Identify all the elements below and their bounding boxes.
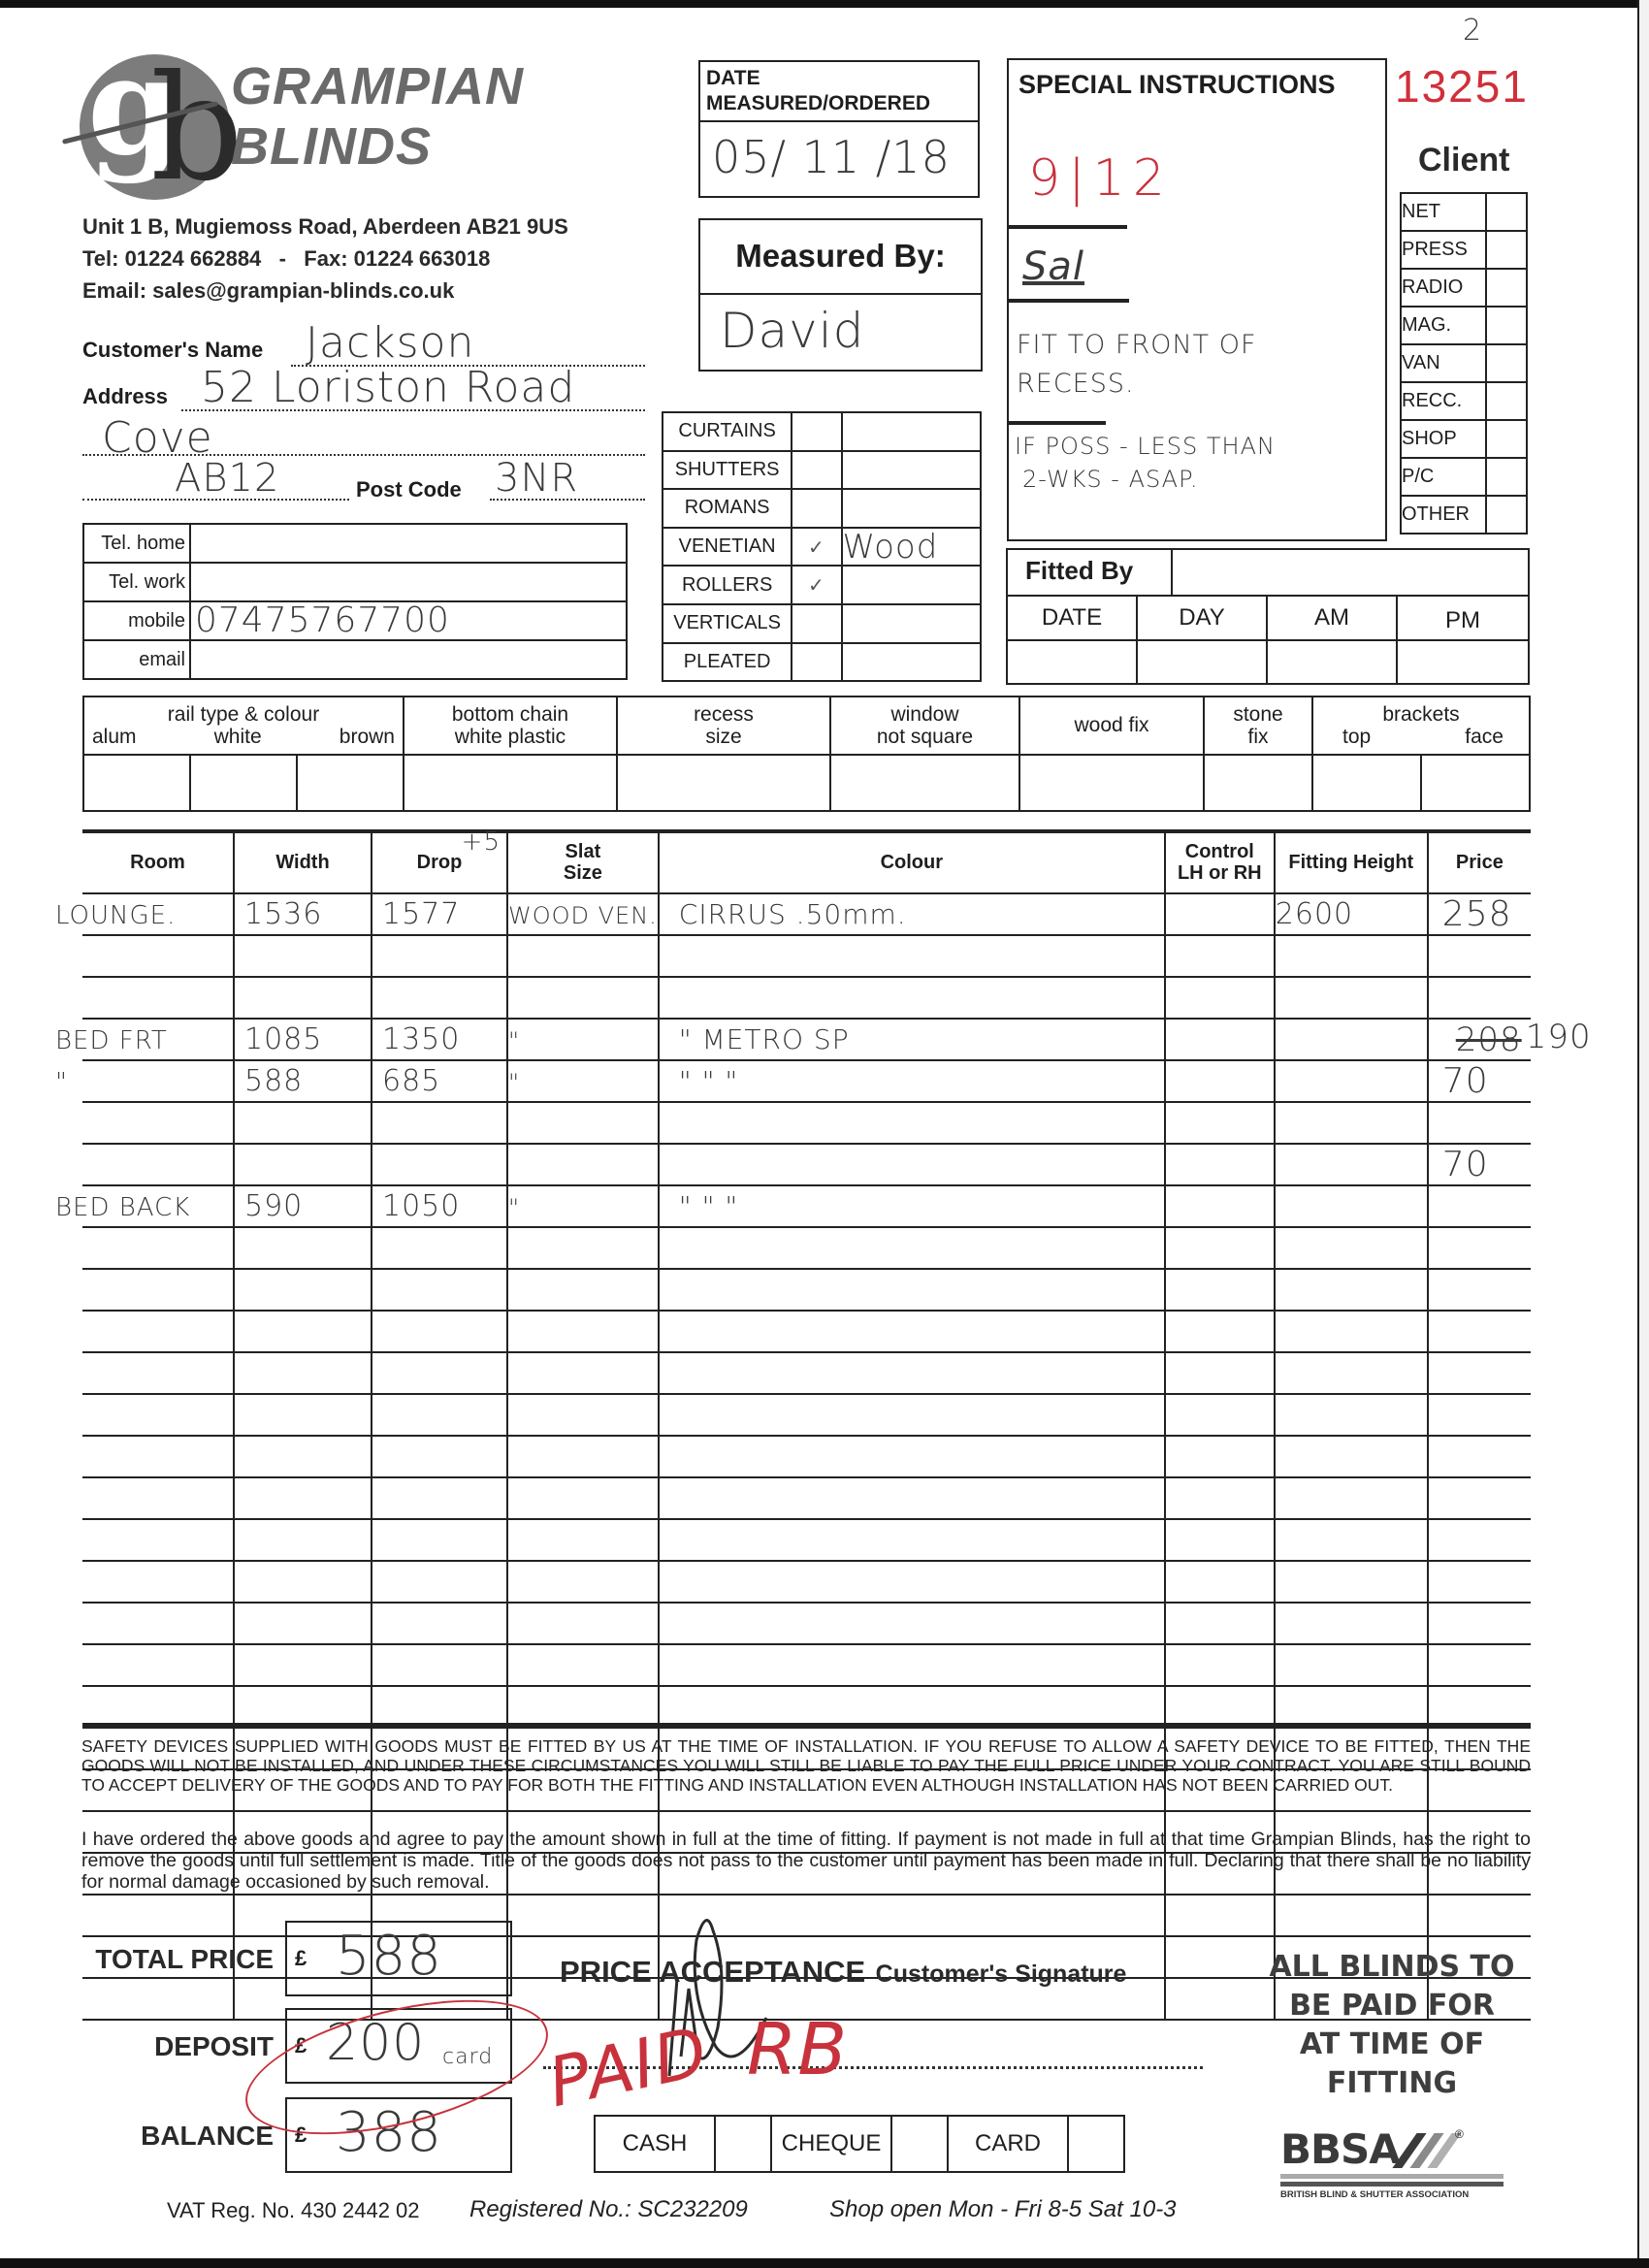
fitted-day-cell[interactable] bbox=[1138, 641, 1268, 683]
product-checkbox[interactable] bbox=[792, 643, 841, 682]
order-fitting-height-cell[interactable]: 2600 bbox=[1275, 893, 1428, 935]
product-label: ROMANS bbox=[663, 489, 792, 528]
product-note[interactable] bbox=[842, 566, 982, 604]
measured-by-value[interactable]: David bbox=[700, 295, 981, 367]
address-line3-postcode-field[interactable]: AB12 Post Code 3NR bbox=[82, 468, 645, 504]
order-width-cell[interactable] bbox=[234, 1477, 372, 1519]
order-colour-cell[interactable] bbox=[659, 1269, 1165, 1311]
order-width-cell[interactable] bbox=[234, 1102, 372, 1144]
order-control-cell[interactable] bbox=[1165, 977, 1275, 1019]
payment-cheque-checkbox[interactable] bbox=[891, 2116, 948, 2172]
special-instructions-date-note[interactable]: 9|12 bbox=[1028, 149, 1173, 208]
bbsa-logo-text: BBSA bbox=[1280, 2129, 1400, 2170]
client-source-label: P/C bbox=[1401, 458, 1486, 496]
order-control-cell[interactable] bbox=[1165, 1436, 1275, 1477]
postcode-value: 3NR bbox=[495, 456, 578, 501]
order-slat-cell[interactable] bbox=[507, 1269, 659, 1311]
order-drop-cell[interactable]: 1577 bbox=[372, 893, 507, 935]
order-control-cell[interactable] bbox=[1165, 1895, 1275, 1936]
order-drop-cell[interactable] bbox=[372, 935, 507, 977]
rail-white-label: white bbox=[214, 726, 262, 748]
product-checkbox-checked[interactable]: ✓ bbox=[792, 566, 841, 604]
rail-brown-cell[interactable] bbox=[297, 755, 404, 811]
order-price-cell[interactable] bbox=[1428, 1477, 1531, 1519]
order-room-cell[interactable] bbox=[82, 1311, 234, 1352]
order-fitting-height-cell[interactable] bbox=[1275, 1352, 1428, 1394]
order-slat-cell[interactable] bbox=[507, 1144, 659, 1185]
order-price-cell[interactable] bbox=[1428, 1102, 1531, 1144]
order-price-cell[interactable] bbox=[1428, 1686, 1531, 1728]
contact-value-email[interactable] bbox=[190, 640, 627, 679]
payment-cash-label: CASH bbox=[595, 2116, 715, 2172]
brand-name-line2: BLINDS bbox=[231, 116, 432, 177]
contact-label: email bbox=[83, 640, 190, 679]
product-note[interactable] bbox=[842, 489, 982, 528]
bottom-chain-cell[interactable] bbox=[404, 755, 617, 811]
order-price-cell[interactable] bbox=[1428, 1895, 1531, 1936]
order-width-cell[interactable] bbox=[234, 1436, 372, 1477]
order-width-cell[interactable]: 1085 bbox=[234, 1019, 372, 1060]
order-room-cell[interactable]: BED FRT bbox=[82, 1019, 234, 1060]
order-drop-cell[interactable] bbox=[372, 1644, 507, 1686]
order-width-cell[interactable] bbox=[234, 1352, 372, 1394]
order-drop-cell[interactable] bbox=[372, 1436, 507, 1477]
order-control-cell[interactable] bbox=[1165, 1060, 1275, 1102]
order-colour-cell[interactable] bbox=[659, 1519, 1165, 1561]
order-width-cell[interactable] bbox=[234, 977, 372, 1019]
rail-type-header: rail type & colour alum white brown bbox=[83, 697, 404, 755]
payment-card-checkbox[interactable] bbox=[1068, 2116, 1124, 2172]
order-colour-cell[interactable] bbox=[659, 977, 1165, 1019]
order-colour-cell[interactable] bbox=[659, 1394, 1165, 1436]
order-room-cell[interactable] bbox=[82, 1352, 234, 1394]
special-instructions-line2[interactable]: RECESS. bbox=[1017, 369, 1135, 399]
client-source-checkbox[interactable] bbox=[1486, 382, 1527, 420]
order-slat-cell[interactable] bbox=[507, 935, 659, 977]
order-price-cell[interactable]: 258 bbox=[1428, 893, 1531, 935]
order-room-cell[interactable] bbox=[82, 1227, 234, 1269]
order-fitting-height-cell[interactable] bbox=[1275, 1436, 1428, 1477]
product-checkbox[interactable] bbox=[792, 489, 841, 528]
fitted-date-cell[interactable] bbox=[1008, 641, 1138, 683]
window-line2: not square bbox=[831, 726, 1018, 748]
client-source-checkbox[interactable] bbox=[1486, 458, 1527, 496]
wood-fix-cell[interactable] bbox=[1019, 755, 1204, 811]
underline bbox=[1009, 225, 1127, 229]
recess-line1: recess bbox=[618, 703, 829, 726]
total-price-box[interactable]: £ 588 bbox=[285, 1921, 512, 1996]
company-address: Unit 1 B, Mugiemoss Road, Aberdeen AB21 … bbox=[82, 214, 568, 240]
order-price-cell[interactable] bbox=[1428, 977, 1531, 1019]
order-width-cell[interactable] bbox=[234, 1269, 372, 1311]
fitted-by-label: Fitted By bbox=[1008, 550, 1173, 595]
order-row bbox=[82, 977, 1531, 1019]
order-room-cell[interactable]: " bbox=[82, 1060, 234, 1102]
order-width-cell[interactable] bbox=[234, 1311, 372, 1352]
order-slat-cell[interactable] bbox=[507, 1436, 659, 1477]
brackets-header: brackets top face bbox=[1312, 697, 1530, 755]
order-control-cell[interactable] bbox=[1165, 1519, 1275, 1561]
rail-alum-label: alum bbox=[92, 726, 137, 748]
col-slat-line2: Size bbox=[508, 862, 658, 884]
recess-size-cell[interactable] bbox=[617, 755, 830, 811]
order-colour-cell-text: CIRRUS .50mm. bbox=[679, 898, 907, 930]
client-source-row: RECC. bbox=[1401, 382, 1527, 420]
order-price-cell[interactable] bbox=[1428, 1352, 1531, 1394]
payment-card-label: CARD bbox=[948, 2116, 1068, 2172]
window-not-square-cell[interactable] bbox=[830, 755, 1019, 811]
product-row: ROLLERS✓ bbox=[663, 566, 981, 604]
client-source-label: SHOP bbox=[1401, 420, 1486, 458]
order-drop-cell[interactable] bbox=[372, 1144, 507, 1185]
client-source-checkbox[interactable] bbox=[1486, 231, 1527, 269]
order-width-cell[interactable]: 588 bbox=[234, 1060, 372, 1102]
order-fitting-height-cell[interactable] bbox=[1275, 1519, 1428, 1561]
page-corner-mark: 2 bbox=[1463, 14, 1482, 48]
order-room-cell[interactable] bbox=[82, 1561, 234, 1603]
order-colour-cell[interactable] bbox=[659, 1644, 1165, 1686]
order-room-cell[interactable] bbox=[82, 1102, 234, 1144]
order-room-cell[interactable] bbox=[82, 1686, 234, 1728]
order-drop-cell[interactable] bbox=[372, 1352, 507, 1394]
order-row bbox=[82, 1102, 1531, 1144]
product-checkbox-checked[interactable]: ✓ bbox=[792, 528, 841, 567]
total-price-value: 588 bbox=[336, 1925, 442, 1988]
order-colour-cell[interactable] bbox=[659, 1102, 1165, 1144]
order-control-cell[interactable] bbox=[1165, 1686, 1275, 1728]
order-fitting-height-cell[interactable] bbox=[1275, 1644, 1428, 1686]
client-source-row: PRESS bbox=[1401, 231, 1527, 269]
client-source-row: MAG. bbox=[1401, 307, 1527, 344]
order-control-cell[interactable] bbox=[1165, 893, 1275, 935]
order-room-cell[interactable]: BED BACK bbox=[82, 1185, 234, 1227]
order-width-cell[interactable] bbox=[234, 935, 372, 977]
client-source-label: MAG. bbox=[1401, 307, 1486, 344]
order-price-cell[interactable] bbox=[1428, 1519, 1531, 1561]
order-control-cell[interactable] bbox=[1165, 1227, 1275, 1269]
client-source-label: OTHER bbox=[1401, 496, 1486, 534]
recess-line2: size bbox=[618, 726, 829, 748]
rail-alum-cell[interactable] bbox=[83, 755, 190, 811]
order-fitting-height-cell[interactable] bbox=[1275, 1060, 1428, 1102]
order-control-cell[interactable] bbox=[1165, 1311, 1275, 1352]
order-control-cell[interactable] bbox=[1165, 1269, 1275, 1311]
order-slat-cell[interactable] bbox=[507, 1352, 659, 1394]
order-width-cell-text: 1085 bbox=[244, 1022, 322, 1056]
rail-type-title: rail type & colour bbox=[84, 703, 403, 726]
special-instructions-title: SPECIAL INSTRUCTIONS bbox=[1018, 70, 1336, 100]
order-room-cell[interactable] bbox=[82, 1477, 234, 1519]
order-room-cell[interactable] bbox=[82, 1603, 234, 1644]
order-width-cell[interactable] bbox=[234, 1394, 372, 1436]
order-price-cell[interactable]: 208190 bbox=[1428, 1019, 1531, 1060]
order-colour-cell[interactable] bbox=[659, 1477, 1165, 1519]
order-drop-cell[interactable] bbox=[372, 1686, 507, 1728]
order-colour-cell[interactable] bbox=[659, 1352, 1165, 1394]
order-width-cell[interactable] bbox=[234, 1227, 372, 1269]
order-control-cell[interactable] bbox=[1165, 1352, 1275, 1394]
order-fitting-height-cell[interactable] bbox=[1275, 1477, 1428, 1519]
order-price-cell[interactable] bbox=[1428, 1644, 1531, 1686]
order-room-cell[interactable] bbox=[82, 1978, 234, 2020]
order-width-cell-text: 590 bbox=[244, 1189, 303, 1223]
order-slat-cell[interactable] bbox=[507, 1311, 659, 1352]
order-control-cell[interactable] bbox=[1165, 1019, 1275, 1060]
order-colour-cell[interactable] bbox=[659, 1686, 1165, 1728]
order-drop-cell[interactable] bbox=[372, 1102, 507, 1144]
order-row bbox=[82, 1227, 1531, 1269]
client-source-row: P/C bbox=[1401, 458, 1527, 496]
address-line1-value: 52 Loriston Road bbox=[201, 363, 575, 412]
order-drop-cell[interactable] bbox=[372, 1311, 507, 1352]
order-fitting-height-cell[interactable] bbox=[1275, 1144, 1428, 1185]
order-width-cell[interactable]: 590 bbox=[234, 1185, 372, 1227]
order-row bbox=[82, 1477, 1531, 1519]
rail-white-cell[interactable] bbox=[190, 755, 297, 811]
order-price-cell[interactable] bbox=[1428, 935, 1531, 977]
order-slat-cell[interactable] bbox=[507, 1603, 659, 1644]
payment-cash-checkbox[interactable] bbox=[715, 2116, 771, 2172]
order-colour-cell[interactable]: " METRO SP bbox=[659, 1019, 1165, 1060]
order-slat-cell[interactable]: " bbox=[507, 1060, 659, 1102]
client-source-label: PRESS bbox=[1401, 231, 1486, 269]
order-price-cell[interactable] bbox=[1428, 1185, 1531, 1227]
product-checkbox[interactable] bbox=[792, 451, 841, 490]
order-width-cell[interactable] bbox=[234, 1519, 372, 1561]
order-room-cell-text: LOUNGE. bbox=[55, 901, 176, 930]
fitted-pm-cell[interactable] bbox=[1398, 641, 1528, 683]
payment-notice-line4: FITTING bbox=[1251, 2064, 1533, 2103]
product-note[interactable] bbox=[842, 604, 982, 643]
measured-by-label: Measured By: bbox=[700, 220, 981, 295]
payment-notice-line2: BE PAID FOR bbox=[1251, 1987, 1533, 2025]
order-price-cell[interactable] bbox=[1428, 1269, 1531, 1311]
fitted-by-value[interactable] bbox=[1173, 550, 1528, 595]
order-drop-cell[interactable] bbox=[372, 1519, 507, 1561]
order-width-cell[interactable] bbox=[234, 1561, 372, 1603]
order-room-cell[interactable]: LOUNGE. bbox=[82, 893, 234, 935]
client-source-checkbox[interactable] bbox=[1486, 269, 1527, 307]
order-row bbox=[82, 1352, 1531, 1394]
order-control-cell[interactable] bbox=[1165, 1477, 1275, 1519]
client-source-row: SHOP bbox=[1401, 420, 1527, 458]
client-source-checkbox[interactable] bbox=[1486, 420, 1527, 458]
order-width-cell[interactable]: 1536 bbox=[234, 893, 372, 935]
fitted-pm-header: PM bbox=[1398, 597, 1528, 639]
order-fitting-height-cell[interactable] bbox=[1275, 1185, 1428, 1227]
product-note[interactable] bbox=[842, 412, 982, 451]
order-drop-cell[interactable] bbox=[372, 1561, 507, 1603]
order-colour-cell[interactable] bbox=[659, 1227, 1165, 1269]
address-line2-field[interactable]: Cove bbox=[82, 421, 645, 458]
order-drop-cell[interactable] bbox=[372, 1269, 507, 1311]
client-source-checkbox[interactable] bbox=[1486, 307, 1527, 344]
order-price-cell[interactable] bbox=[1428, 1436, 1531, 1477]
special-instructions-line1[interactable]: FIT TO FRONT OF bbox=[1017, 330, 1257, 360]
order-price-cell[interactable]: 70 bbox=[1428, 1144, 1531, 1185]
order-slat-cell[interactable] bbox=[507, 1394, 659, 1436]
order-fitting-height-cell[interactable] bbox=[1275, 1394, 1428, 1436]
order-slat-cell[interactable]: " bbox=[507, 1185, 659, 1227]
contact-row: mobile 07475767700 bbox=[83, 601, 627, 640]
order-room-cell[interactable] bbox=[82, 1394, 234, 1436]
order-slat-cell[interactable] bbox=[507, 1477, 659, 1519]
postcode-label: Post Code bbox=[356, 477, 462, 502]
client-source-label: VAN bbox=[1401, 344, 1486, 382]
options-table: rail type & colour alum white brown bott… bbox=[82, 696, 1531, 812]
product-checkbox[interactable] bbox=[792, 412, 841, 451]
order-control-cell[interactable] bbox=[1165, 1603, 1275, 1644]
order-room-cell[interactable] bbox=[82, 1895, 234, 1936]
contact-value-tel-work[interactable] bbox=[190, 563, 627, 601]
order-drop-cell[interactable] bbox=[372, 1477, 507, 1519]
measured-by-box: Measured By: David bbox=[698, 218, 983, 372]
product-row: ROMANS bbox=[663, 489, 981, 528]
order-price-struck-text: 208 bbox=[1456, 1021, 1522, 1059]
order-drop-cell[interactable] bbox=[372, 1394, 507, 1436]
col-slat-line1: Slat bbox=[508, 841, 658, 862]
order-room-cell[interactable] bbox=[82, 977, 234, 1019]
order-room-cell[interactable] bbox=[82, 1144, 234, 1185]
address-line1-field[interactable]: Address 52 Loriston Road bbox=[82, 380, 645, 417]
order-slat-cell[interactable] bbox=[507, 1561, 659, 1603]
col-drop: Drop +5 bbox=[372, 832, 507, 893]
client-source-row: RADIO bbox=[1401, 269, 1527, 307]
company-logo: g b GRAMPIAN BLINDS bbox=[58, 39, 524, 213]
order-drop-cell[interactable] bbox=[372, 1227, 507, 1269]
order-price-cell[interactable]: 70 bbox=[1428, 1060, 1531, 1102]
order-colour-cell[interactable] bbox=[659, 1144, 1165, 1185]
product-label: CURTAINS bbox=[663, 412, 792, 451]
order-colour-cell[interactable] bbox=[659, 1311, 1165, 1352]
order-price-cell[interactable] bbox=[1428, 1561, 1531, 1603]
order-width-cell[interactable] bbox=[234, 1603, 372, 1644]
customer-name-label: Customer's Name bbox=[82, 338, 263, 363]
col-control-line1: Control bbox=[1166, 841, 1274, 862]
order-drop-cell[interactable] bbox=[372, 977, 507, 1019]
product-label: PLEATED bbox=[663, 643, 792, 682]
order-slat-cell[interactable] bbox=[507, 1519, 659, 1561]
special-instructions-box: SPECIAL INSTRUCTIONS 9|12 Sal FIT TO FRO… bbox=[1007, 58, 1387, 541]
special-instructions-line4[interactable]: 2-WKS - ASAP. bbox=[1022, 466, 1198, 493]
order-width-cell[interactable] bbox=[234, 1686, 372, 1728]
bottom-chain-line1: bottom chain bbox=[404, 703, 616, 726]
order-row: BED BACK5901050"" " " bbox=[82, 1185, 1531, 1227]
order-colour-cell-text: " METRO SP bbox=[679, 1023, 850, 1055]
client-source-checkbox[interactable] bbox=[1486, 344, 1527, 382]
order-control-cell[interactable] bbox=[1165, 1561, 1275, 1603]
order-room-cell[interactable] bbox=[82, 935, 234, 977]
order-slat-cell[interactable] bbox=[507, 1227, 659, 1269]
order-slat-cell[interactable] bbox=[507, 977, 659, 1019]
order-room-cell[interactable] bbox=[82, 1644, 234, 1686]
client-source-checkbox[interactable] bbox=[1486, 496, 1527, 534]
order-colour-cell[interactable]: " " " bbox=[659, 1185, 1165, 1227]
order-price-cell[interactable] bbox=[1428, 1227, 1531, 1269]
client-source-label: RADIO bbox=[1401, 269, 1486, 307]
window-not-square-header: windownot square bbox=[830, 697, 1019, 755]
order-room-cell[interactable] bbox=[82, 1519, 234, 1561]
order-drop-cell[interactable] bbox=[372, 1603, 507, 1644]
brackets-top-cell[interactable] bbox=[1312, 755, 1421, 811]
order-price-cell[interactable] bbox=[1428, 1394, 1531, 1436]
order-drop-cell[interactable]: 1350 bbox=[372, 1019, 507, 1060]
order-control-cell[interactable] bbox=[1165, 1185, 1275, 1227]
client-source-checkbox[interactable] bbox=[1486, 193, 1527, 231]
order-width-cell[interactable] bbox=[234, 1144, 372, 1185]
order-fitting-height-cell[interactable] bbox=[1275, 1895, 1428, 1936]
order-room-cell[interactable] bbox=[82, 1436, 234, 1477]
payment-notice: ALL BLINDS TO BE PAID FOR AT TIME OF FIT… bbox=[1251, 1948, 1533, 2103]
order-fitting-height-cell[interactable] bbox=[1275, 1311, 1428, 1352]
client-source-row: VAN bbox=[1401, 344, 1527, 382]
order-colour-cell-text: " " " bbox=[679, 1190, 738, 1222]
order-slat-cell[interactable] bbox=[507, 1686, 659, 1728]
order-colour-cell[interactable]: " " " bbox=[659, 1060, 1165, 1102]
order-control-cell[interactable] bbox=[1165, 1394, 1275, 1436]
order-drop-cell[interactable]: 685 bbox=[372, 1060, 507, 1102]
contact-row: Tel. work bbox=[83, 563, 627, 601]
order-slat-cell[interactable]: WOOD VEN. bbox=[507, 893, 659, 935]
order-slat-cell[interactable]: " bbox=[507, 1019, 659, 1060]
order-fitting-height-cell[interactable] bbox=[1275, 1102, 1428, 1144]
order-colour-cell[interactable] bbox=[659, 1436, 1165, 1477]
order-slat-cell[interactable] bbox=[507, 1644, 659, 1686]
order-fitting-height-cell[interactable] bbox=[1275, 977, 1428, 1019]
order-price-cell[interactable] bbox=[1428, 1603, 1531, 1644]
address-line3-value: AB12 bbox=[175, 456, 279, 501]
special-instructions-line3[interactable]: IF POSS - LESS THAN bbox=[1015, 433, 1276, 460]
special-instructions-initials[interactable]: Sal bbox=[1022, 244, 1084, 289]
order-control-cell[interactable] bbox=[1165, 1644, 1275, 1686]
order-width-cell[interactable] bbox=[234, 1644, 372, 1686]
order-fitting-height-cell[interactable] bbox=[1275, 1603, 1428, 1644]
contact-value-tel-home[interactable] bbox=[190, 524, 627, 563]
order-price-revised-text: 190 bbox=[1526, 1018, 1592, 1056]
order-colour-cell[interactable] bbox=[659, 1561, 1165, 1603]
order-colour-cell[interactable] bbox=[659, 1603, 1165, 1644]
customer-signature-label: Customer's Signature bbox=[876, 1960, 1127, 1988]
order-fitting-height-cell[interactable] bbox=[1275, 1561, 1428, 1603]
order-control-cell[interactable] bbox=[1165, 1144, 1275, 1185]
product-note[interactable] bbox=[842, 643, 982, 682]
order-control-cell[interactable] bbox=[1165, 1102, 1275, 1144]
order-price-cell[interactable] bbox=[1428, 1311, 1531, 1352]
product-note[interactable] bbox=[842, 451, 982, 490]
stone-fix-cell[interactable] bbox=[1204, 755, 1312, 811]
order-fitting-height-cell[interactable] bbox=[1275, 1269, 1428, 1311]
contact-value-mobile[interactable]: 07475767700 bbox=[190, 601, 627, 640]
order-fitting-height-cell[interactable] bbox=[1275, 1019, 1428, 1060]
date-measured-value[interactable]: 05/ 11 /18 bbox=[700, 122, 978, 192]
brackets-face-cell[interactable] bbox=[1421, 755, 1530, 811]
client-source-table: NET PRESS RADIO MAG. VAN RECC. SHOP P/C … bbox=[1400, 192, 1528, 535]
order-fitting-height-cell[interactable] bbox=[1275, 935, 1428, 977]
order-drop-cell[interactable]: 1050 bbox=[372, 1185, 507, 1227]
order-width-cell-text: 588 bbox=[244, 1064, 303, 1098]
fitted-am-cell[interactable] bbox=[1268, 641, 1398, 683]
order-colour-cell[interactable] bbox=[659, 935, 1165, 977]
product-checkbox[interactable] bbox=[792, 604, 841, 643]
company-email: Email: sales@grampian-blinds.co.uk bbox=[82, 278, 454, 304]
order-control-cell[interactable] bbox=[1165, 935, 1275, 977]
order-fitting-height-cell[interactable] bbox=[1275, 1227, 1428, 1269]
order-fitting-height-cell[interactable] bbox=[1275, 1686, 1428, 1728]
product-note[interactable]: Wood bbox=[842, 528, 982, 567]
order-colour-cell[interactable]: CIRRUS .50mm. bbox=[659, 893, 1165, 935]
order-room-cell[interactable] bbox=[82, 1269, 234, 1311]
order-slat-cell[interactable] bbox=[507, 1102, 659, 1144]
